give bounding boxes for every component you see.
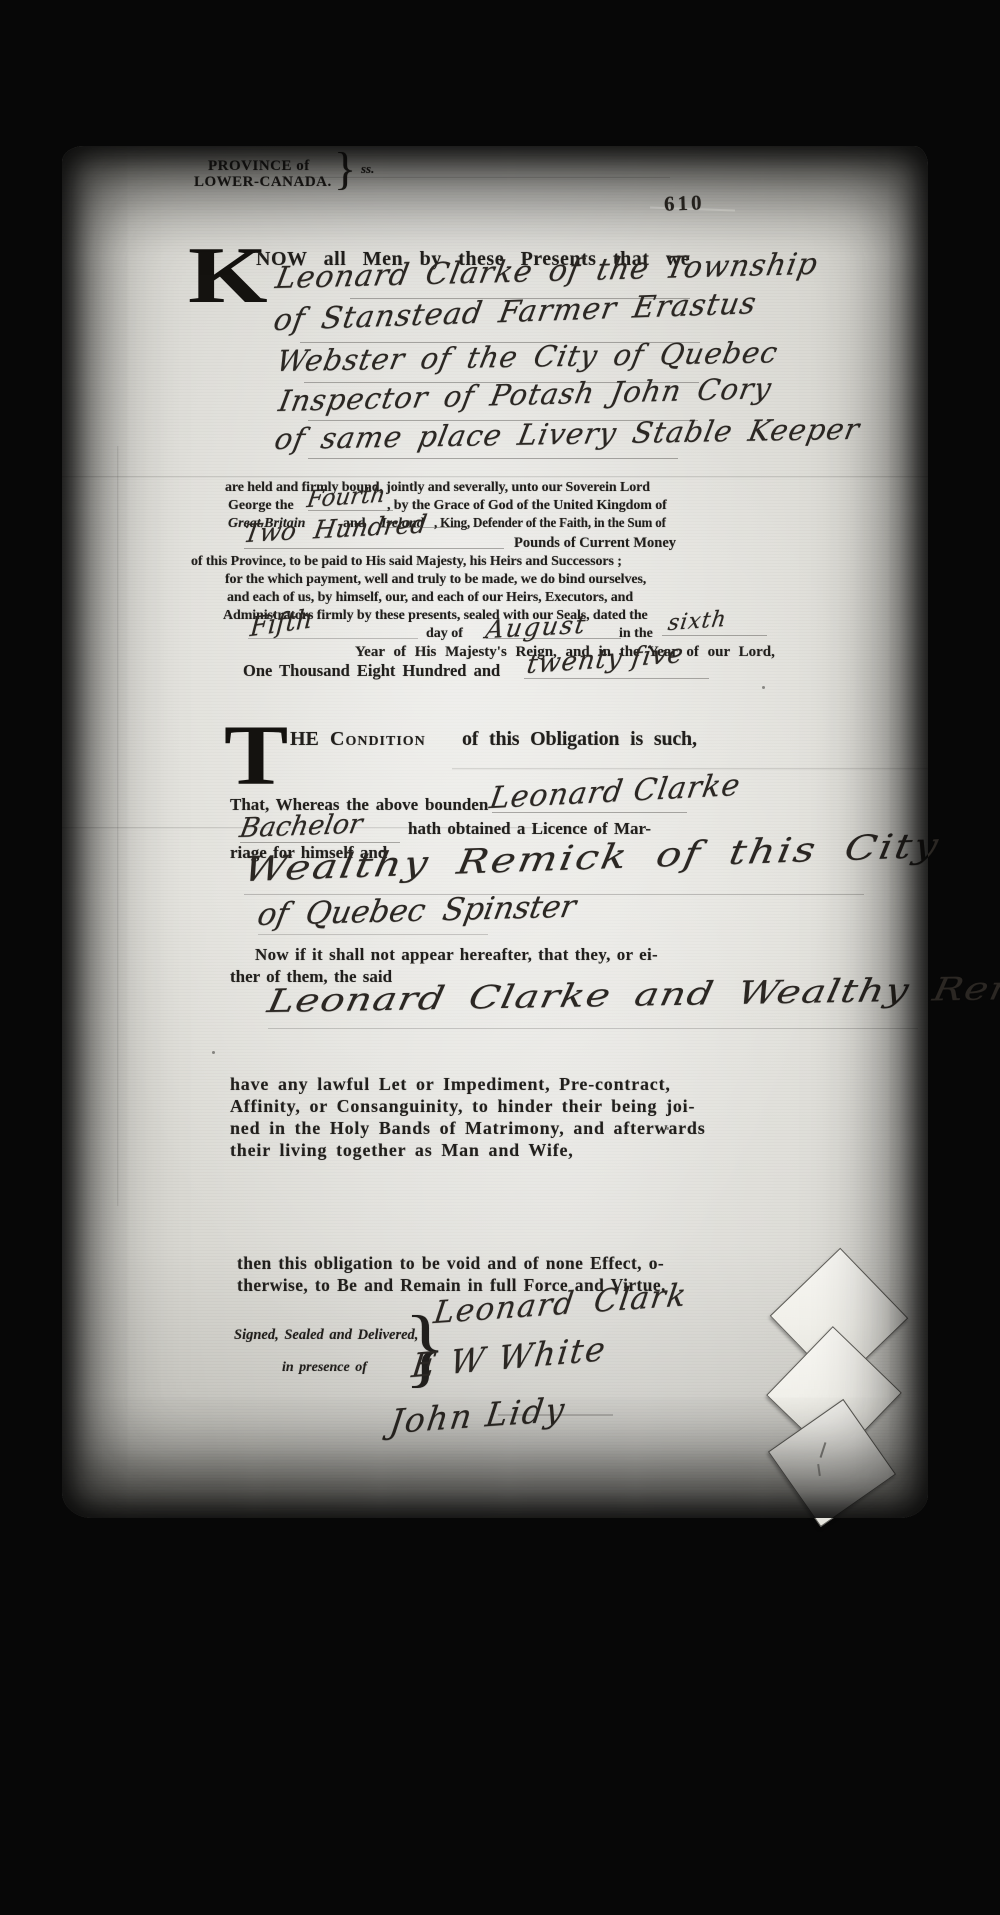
bond-line: Pounds of Current Money xyxy=(514,536,676,552)
void-clause-line: then this obligation to be void and of n… xyxy=(237,1254,664,1273)
handwritten-groom-status: Bachelor xyxy=(237,810,364,844)
attestation-line: in presence of xyxy=(282,1360,367,1375)
bond-line: day of xyxy=(426,626,463,641)
bond-line: George the xyxy=(228,498,294,513)
ink-speck xyxy=(762,686,765,689)
form-blank-line xyxy=(244,548,504,549)
impediment-line: Affinity, or Consanguinity, to hinder th… xyxy=(230,1097,695,1117)
bond-line: , King, Defender of the Faith, in the Su… xyxy=(434,516,666,531)
province-label-line1: PROVINCE of xyxy=(208,158,310,175)
bond-line: in the xyxy=(619,626,653,641)
handwritten-regnal-name: Fourth xyxy=(305,482,387,513)
condition-heading-word: Condition xyxy=(330,728,426,750)
document-page: PROVINCE of LOWER-CANADA. } ss. 610 K NO… xyxy=(62,146,928,1518)
form-blank-line xyxy=(258,934,488,935)
impediment-line: ned in the Holy Bands of Matrimony, and … xyxy=(230,1119,706,1139)
ink-speck xyxy=(212,1051,215,1054)
condition-heading-he: HE xyxy=(290,728,319,750)
page-number: 610 xyxy=(664,191,705,215)
header-brace: } xyxy=(334,146,356,192)
handwritten-parties-line: of same place Livery Stable Keeper xyxy=(272,414,863,456)
bond-line: One Thousand Eight Hundred and xyxy=(243,662,500,680)
bond-line: for the which payment, well and truly to… xyxy=(225,572,646,587)
form-blank-line xyxy=(308,458,678,459)
condition-heading-rest: of this Obligation is such, xyxy=(462,728,697,750)
licence-line: hath obtained a Licence of Mar- xyxy=(408,820,651,839)
province-label-line2: LOWER-CANADA. xyxy=(194,174,332,191)
form-blank-line xyxy=(268,1028,918,1029)
bond-line: and each of us, by himself, our, and eac… xyxy=(227,590,633,605)
microfilm-scan: PROVINCE of LOWER-CANADA. } ss. 610 K NO… xyxy=(0,0,1000,1915)
attestation-line: Signed, Sealed and Delivered, xyxy=(234,1328,418,1344)
signature-witness: John Lidy xyxy=(387,1391,568,1440)
ss-mark: ss. xyxy=(361,162,374,176)
fold-crease xyxy=(62,476,928,478)
bond-line: are held and firmly bound, jointly and s… xyxy=(225,480,650,495)
impediment-line: their living together as Man and Wife, xyxy=(230,1141,574,1161)
handwritten-parties-line: of Stanstead Farmer Erastus xyxy=(271,287,759,337)
impediment-line: have any lawful Let or Impediment, Pre-c… xyxy=(230,1075,671,1095)
handwritten-parties-line: Inspector of Potash John Cory xyxy=(276,373,774,418)
bond-line: , by the Grace of God of the United King… xyxy=(387,498,667,513)
fold-crease-vertical xyxy=(117,446,119,1206)
proviso-line: Now if it shall not appear hereafter, th… xyxy=(255,946,658,965)
handwritten-month: August xyxy=(484,611,589,644)
handwritten-groom-name: Leonard Clarke xyxy=(487,769,743,815)
bond-line: of this Province, to be paid to His said… xyxy=(191,554,622,569)
dropcap-t: T xyxy=(224,722,288,789)
handwritten-regnal-year: sixth xyxy=(666,608,728,637)
handwritten-bride-line: of Quebec Spinster xyxy=(255,890,579,933)
